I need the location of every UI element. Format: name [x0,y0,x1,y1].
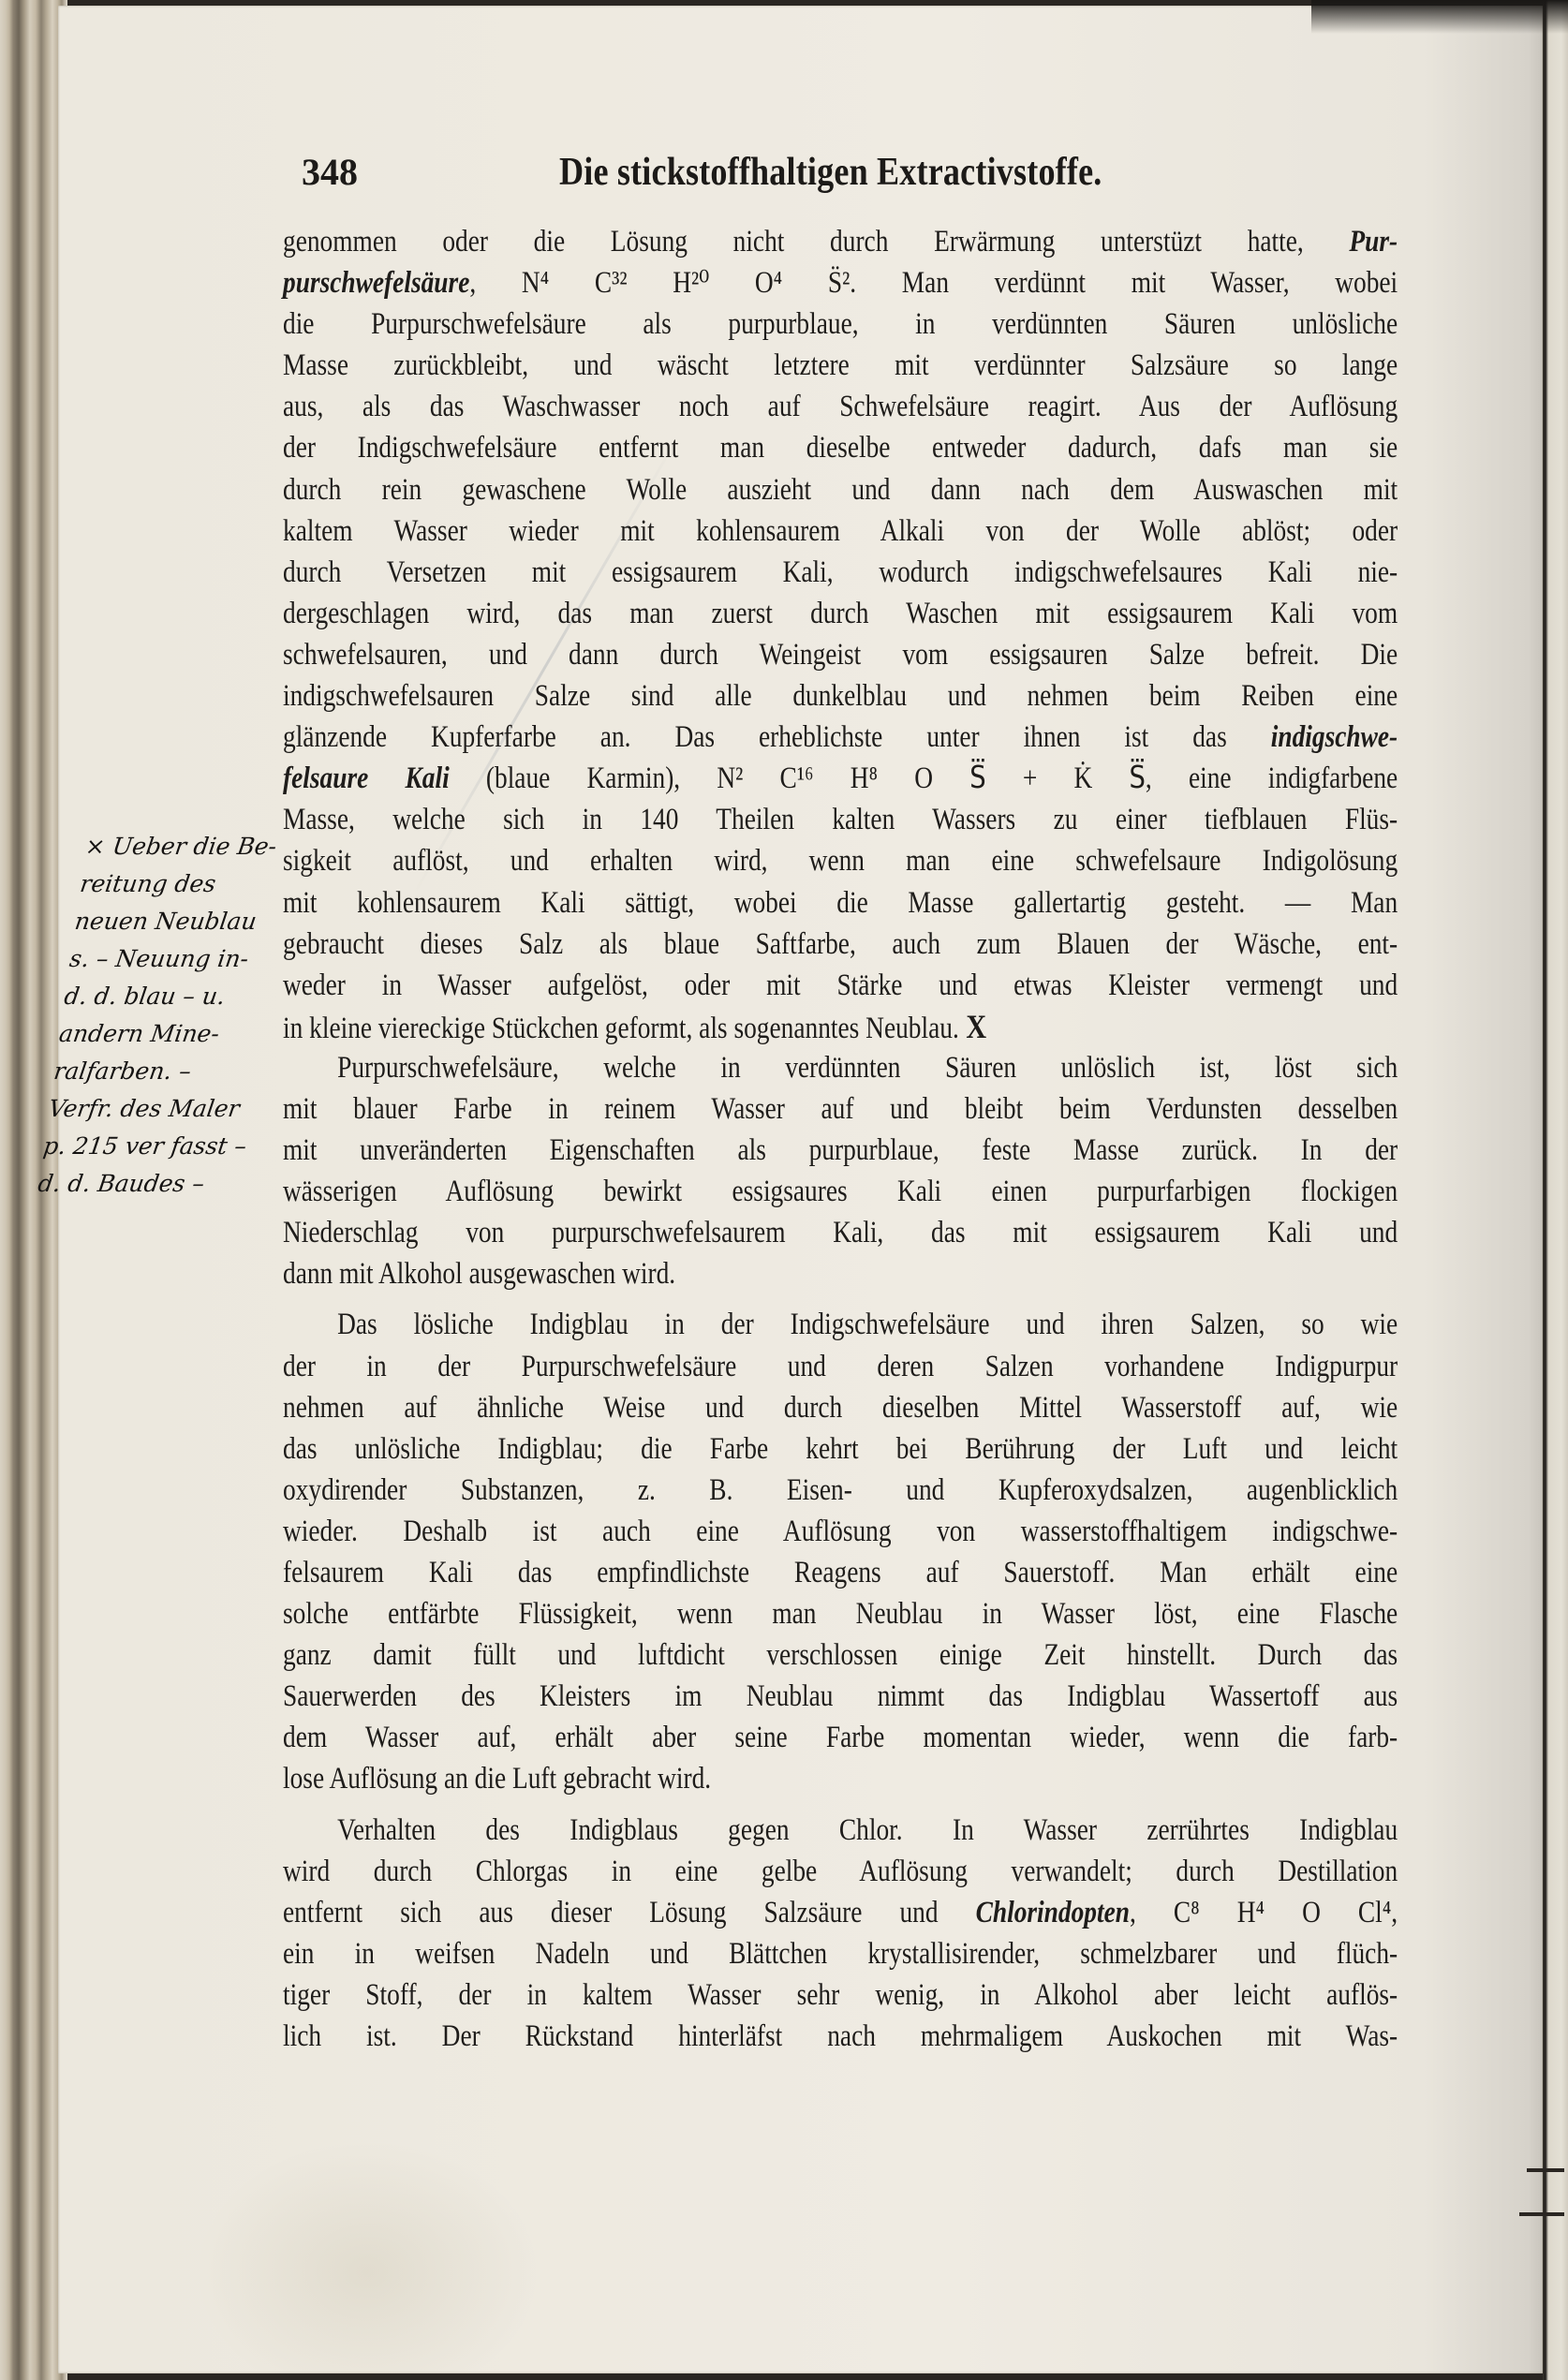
text-line: in kleine viereckige Stückchen geformt, … [283,1006,1398,1047]
text-line: ganz damit füllt und luftdicht verschlos… [283,1634,1398,1676]
text-line: felsaurem Kali das empfindlichste Reagen… [283,1552,1398,1593]
text-line: entfernt sich aus dieser Lösung Salzsäur… [283,1892,1398,1933]
margin-note-line: andern Mine- [56,1015,282,1053]
line-text: ein in weifsen Nadeln und Blättchen krys… [283,1937,1398,1971]
text-line: der Indigschwefelsäure entfernt man dies… [283,427,1398,468]
text-line: ein in weifsen Nadeln und Blättchen krys… [283,1933,1398,1974]
line-text: wieder. Deshalb ist auch eine Auflösung … [283,1515,1398,1548]
body-text: genommen oder die Lösung nicht durch Erw… [283,221,1398,2057]
text-line: Purpurschwefelsäure, welche in verdünnte… [283,1047,1398,1088]
line-text: , N⁴ C³² H²⁰ O⁴ S̈². Man verdünnt mit Wa… [469,266,1398,300]
text-line: weder in Wasser aufgelöst, oder mit Stär… [283,965,1398,1006]
text-line: genommen oder die Lösung nicht durch Erw… [283,221,1398,262]
italic-term: indigschwe- [1271,720,1398,754]
text-line: lich ist. Der Rückstand hinterläfst nach… [283,2016,1398,2057]
edge-mark [1527,2168,1564,2172]
line-text: Purpurschwefelsäure, welche in verdünnte… [337,1051,1398,1085]
line-text: in kleine viereckige Stückchen geformt, … [283,1012,959,1045]
line-text: schwefelsauren, und dann durch Weingeist… [283,638,1398,672]
text-line: dann mit Alkohol ausgewaschen wird. [283,1253,1398,1294]
text-line: wässerigen Auflösung bewirkt essigsaures… [283,1171,1398,1212]
line-text: durch rein gewaschene Wolle auszieht und… [283,473,1398,507]
text-line: mit blauer Farbe in reinem Wasser auf un… [283,1088,1398,1130]
text-line: Verhalten des Indigblaus gegen Chlor. In… [283,1810,1398,1851]
line-text: sigkeit auflöst, und erhalten wird, wenn… [283,844,1398,878]
line-text: glänzende Kupferfarbe an. Das erheblichs… [283,720,1271,754]
top-shadow [1311,0,1568,34]
text-line: dergeschlagen wird, das man zuerst durch… [283,593,1398,634]
text-line: schwefelsauren, und dann durch Weingeist… [283,634,1398,675]
text-line: solche entfärbte Flüssigkeit, wenn man N… [283,1593,1398,1634]
paragraph-gap [283,1294,1398,1304]
line-text: lich ist. Der Rückstand hinterläfst nach… [283,2019,1398,2053]
text-line: glänzende Kupferfarbe an. Das erheblichs… [283,717,1398,758]
text-line: mit kohlensaurem Kali sättigt, wobei die… [283,882,1398,924]
text-line: purschwefelsäure, N⁴ C³² H²⁰ O⁴ S̈². Man… [283,262,1398,303]
line-text: kaltem Wasser wieder mit kohlensaurem Al… [283,514,1398,548]
line-text: genommen oder die Lösung nicht durch Erw… [283,225,1349,259]
line-text: Das lösliche Indigblau in der Indigschwe… [337,1308,1398,1341]
line-text: dem Wasser auf, erhält aber seine Farbe … [283,1721,1398,1754]
line-text: aus, als das Waschwasser noch auf Schwef… [283,390,1398,423]
line-text: entfernt sich aus dieser Lösung Salzsäur… [283,1896,976,1929]
line-text: ganz damit füllt und luftdicht verschlos… [283,1638,1398,1672]
line-text: weder in Wasser aufgelöst, oder mit Stär… [283,968,1398,1002]
paragraph-gap [283,1800,1398,1810]
text-line: wieder. Deshalb ist auch eine Auflösung … [283,1511,1398,1552]
line-text: wird durch Chlorgas in eine gelbe Auflös… [283,1855,1398,1888]
line-text: (blaue Karmin), N² C¹⁶ H⁸ O S⃛ + K̇ S⃛, … [450,761,1398,795]
line-text: indigschwefelsauren Salze sind alle dunk… [283,679,1398,713]
text-line: die Purpurschwefelsäure als purpurblaue,… [283,303,1398,345]
text-line: mit unveränderten Eigenschaften als purp… [283,1130,1398,1171]
text-line: kaltem Wasser wieder mit kohlensaurem Al… [283,510,1398,552]
text-line: felsaure Kali (blaue Karmin), N² C¹⁶ H⁸ … [283,758,1398,799]
margin-note-line: ralfarben. – [52,1053,277,1090]
line-text: wässerigen Auflösung bewirkt essigsaures… [283,1175,1398,1208]
line-text: Sauerwerden des Kleisters im Neublau nim… [283,1679,1398,1713]
italic-term: purschwefelsäure [283,266,469,300]
line-text: oxydirender Substanzen, z. B. Eisen- und… [283,1473,1398,1507]
text-line: lose Auflösung an die Luft gebracht wird… [283,1758,1398,1799]
line-text: Masse, welche sich in 140 Theilen kalten… [283,803,1398,836]
text-line: nehmen auf ähnliche Weise und durch dies… [283,1387,1398,1428]
line-text: mit unveränderten Eigenschaften als purp… [283,1133,1398,1167]
text-line: gebraucht dieses Salz als blaue Saftfarb… [283,924,1398,965]
line-text: das unlösliche Indigblau; die Farbe kehr… [283,1432,1398,1466]
text-line: durch rein gewaschene Wolle auszieht und… [283,469,1398,510]
running-head: 348 Die stickstoffhaltigen Extractivstof… [302,150,1407,206]
line-text: gebraucht dieses Salz als blaue Saftfarb… [283,927,1398,961]
line-text: lose Auflösung an die Luft gebracht wird… [283,1762,711,1796]
line-text: , C⁸ H⁴ O Cl⁴, [1130,1896,1398,1929]
line-text: dergeschlagen wird, das man zuerst durch… [283,597,1398,630]
line-text: durch Versetzen mit essigsaurem Kali, wo… [283,555,1398,589]
text-line: der in der Purpurschwefelsäure und deren… [283,1346,1398,1387]
text-line: sigkeit auflöst, und erhalten wird, wenn… [283,840,1398,881]
margin-note-line: × Ueber die Be- [82,828,308,865]
gutter-edge [1543,0,1568,2380]
chapter-title: Die stickstoffhaltigen Extractivstoffe. [559,150,1102,195]
text-line: Masse, welche sich in 140 Theilen kalten… [283,799,1398,840]
margin-note-line: Verfr. des Maler [46,1090,272,1128]
line-text: mit kohlensaurem Kali sättigt, wobei die… [283,886,1398,920]
italic-term: felsaure Kali [283,761,450,795]
margin-note-line: s. – Neuung in- [67,940,293,978]
text-line: tiger Stoff, der in kaltem Wasser sehr w… [283,1974,1398,2016]
line-text: tiger Stoff, der in kaltem Wasser sehr w… [283,1978,1398,2012]
text-line: Sauerwerden des Kleisters im Neublau nim… [283,1676,1398,1717]
text-line: wird durch Chlorgas in eine gelbe Auflös… [283,1851,1398,1892]
text-line: durch Versetzen mit essigsaurem Kali, wo… [283,552,1398,593]
margin-note-line: reitung des [78,865,303,903]
page-number: 348 [302,150,358,194]
line-text: Masse zurückbleibt, und wäscht letztere … [283,348,1398,382]
line-text: mit blauer Farbe in reinem Wasser auf un… [283,1092,1398,1126]
line-text: Niederschlag von purpurschwefelsaurem Ka… [283,1216,1398,1249]
text-line: indigschwefelsauren Salze sind alle dunk… [283,675,1398,717]
italic-term: Chlorindopten [976,1896,1130,1929]
edge-mark [1519,2212,1564,2216]
italic-term: Pur- [1349,225,1398,259]
margin-note-line: neuen Neublau [72,903,298,940]
text-line: das unlösliche Indigblau; die Farbe kehr… [283,1428,1398,1470]
text-line: Das lösliche Indigblau in der Indigschwe… [283,1304,1398,1345]
margin-note-line: p. 215 ver fasst – [41,1128,267,1165]
text-line: Niederschlag von purpurschwefelsaurem Ka… [283,1212,1398,1253]
line-text: nehmen auf ähnliche Weise und durch dies… [283,1391,1398,1425]
line-text: der in der Purpurschwefelsäure und deren… [283,1350,1398,1383]
line-text: der Indigschwefelsäure entfernt man dies… [283,431,1398,465]
line-text: Verhalten des Indigblaus gegen Chlor. In… [337,1813,1398,1847]
text-line: Masse zurückbleibt, und wäscht letztere … [283,345,1398,386]
margin-note-line: d. d. blau – u. [62,978,288,1015]
line-text: felsaurem Kali das empfindlichste Reagen… [283,1556,1398,1589]
text-line: aus, als das Waschwasser noch auf Schwef… [283,386,1398,427]
line-text: dann mit Alkohol ausgewaschen wird. [283,1257,675,1291]
text-line: dem Wasser auf, erhält aber seine Farbe … [283,1717,1398,1758]
line-text: die Purpurschwefelsäure als purpurblaue,… [283,307,1398,341]
margin-note-line: d. d. Baudes – [36,1165,261,1203]
text-line: oxydirender Substanzen, z. B. Eisen- und… [283,1470,1398,1511]
line-text: solche entfärbte Flüssigkeit, wenn man N… [283,1597,1398,1631]
annotation-x-mark: X [959,1008,986,1045]
